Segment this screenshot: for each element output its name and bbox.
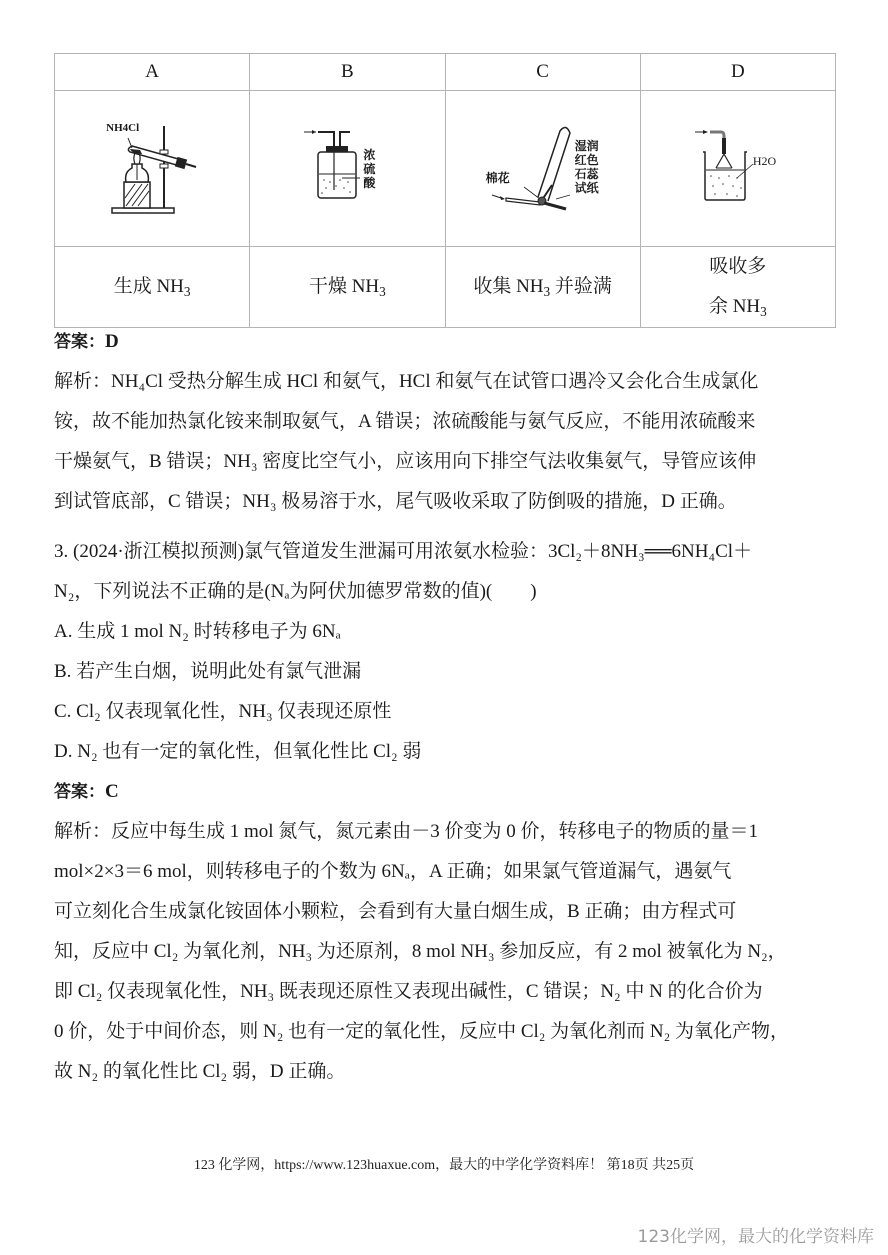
figure-cell-b: 浓 硫 酸 — [250, 91, 445, 247]
q2-analysis-line-2: 铵，故不能加热氯化铵来制取氨气，A 错误；浓硫酸能与氨气反应，不能用浓硫酸来 — [54, 402, 836, 442]
absorption-beaker-figure: H2O — [693, 126, 783, 206]
q3-stem-line-2: N₂，下列说法不正确的是(Nₐ为阿伏加德罗常数的值)( ) — [54, 572, 836, 612]
figure-cell-d: H2O — [640, 91, 835, 247]
header-d: D — [640, 54, 835, 91]
litmus-paper-label: 湿润 红色 石蕊 试纸 — [572, 139, 602, 195]
table-caption-row: 生成 NH3 干燥 NH3 收集 NH3 并验满 吸收多 余 NH3 — [55, 247, 836, 328]
q3-stem-line-1: 3. (2024·浙江模拟预测)氯气管道发生泄漏可用浓氨水检验：3Cl₂＋8NH… — [54, 532, 836, 572]
q2-answer: 答案：D — [54, 322, 836, 362]
q3-answer: 答案：C — [54, 772, 836, 812]
wash-bottle-icon — [302, 126, 392, 206]
q2-answer-section: 答案：D 解析：NH₄Cl 受热分解生成 HCl 和氨气，HCl 和氨气在试管口… — [54, 322, 836, 522]
q3-option-d: D. N₂ 也有一定的氧化性，但氧化性比 Cl₂ 弱 — [54, 732, 836, 772]
q2-analysis-line-1: 解析：NH₄Cl 受热分解生成 HCl 和氨气，HCl 和氨气在试管口遇冷又会化… — [54, 362, 836, 402]
q3-analysis-line-4: 知，反应中 Cl₂ 为氧化剂，NH₃ 为还原剂，8 mol NH₃ 参加反应，有… — [54, 932, 836, 972]
q3-analysis-line-3: 可立刻化合生成氯化铵固体小颗粒，会看到有大量白烟生成，B 正确；由方程式可 — [54, 892, 836, 932]
q3-option-a: A. 生成 1 mol N₂ 时转移电子为 6Nₐ — [54, 612, 836, 652]
document-page: A B C D — [0, 0, 888, 1255]
water-label: H2O — [753, 154, 776, 169]
wash-bottle-figure: 浓 硫 酸 — [302, 126, 392, 206]
q2-analysis-line-3: 干燥氨气，B 错误；NH₃ 密度比空气小，应该用向下排空气法收集氨气，导管应该伸 — [54, 442, 836, 482]
table-header-row: A B C D — [55, 54, 836, 91]
header-b: B — [250, 54, 445, 91]
q3-analysis-line-6: 0 价，处于中间价态，则 N₂ 也有一定的氧化性，反应中 Cl₂ 为氧化剂而 N… — [54, 1012, 836, 1052]
header-c: C — [445, 54, 640, 91]
caption-b: 干燥 NH3 — [250, 247, 445, 328]
watermark: 123化学网，最大的化学资料库 — [638, 1222, 874, 1247]
caption-c: 收集 NH3 并验满 — [445, 247, 640, 328]
test-tube-figure: 棉花 湿润 红色 石蕊 试纸 — [478, 119, 608, 214]
header-a: A — [55, 54, 250, 91]
caption-a: 生成 NH3 — [55, 247, 250, 328]
q3-analysis-line-1: 解析：反应中每生成 1 mol 氮气，氮元素由－3 价变为 0 价，转移电子的物… — [54, 812, 836, 852]
figure-cell-a: NH4Cl — [55, 91, 250, 247]
q3-analysis-line-2: mol×2×3＝6 mol，则转移电子的个数为 6Nₐ，A 正确；如果氯气管道漏… — [54, 852, 836, 892]
q3-section: 3. (2024·浙江模拟预测)氯气管道发生泄漏可用浓氨水检验：3Cl₂＋8NH… — [54, 532, 836, 1092]
conc-sulfuric-acid-label: 浓 硫 酸 — [362, 148, 376, 190]
q3-analysis-line-5: 即 Cl₂ 仅表现氧化性，NH₃ 既表现还原性又表现出碱性，C 错误；N₂ 中 … — [54, 972, 836, 1012]
heating-apparatus-figure: NH4Cl — [102, 116, 202, 216]
q3-option-b: B. 若产生白烟，说明此处有氯气泄漏 — [54, 652, 836, 692]
caption-d: 吸收多 余 NH3 — [640, 247, 835, 328]
options-table: A B C D — [54, 53, 836, 328]
cotton-label: 棉花 — [486, 171, 510, 185]
figure-cell-c: 棉花 湿润 红色 石蕊 试纸 — [445, 91, 640, 247]
q2-analysis-line-4: 到试管底部，C 错误；NH₃ 极易溶于水，尾气吸收采取了防倒吸的措施，D 正确。 — [54, 482, 836, 522]
q3-analysis-line-7: 故 N₂ 的氧化性比 Cl₂ 弱，D 正确。 — [54, 1052, 836, 1092]
table-figure-row: NH4Cl — [55, 91, 836, 247]
q3-option-c: C. Cl₂ 仅表现氧化性，NH₃ 仅表现还原性 — [54, 692, 836, 732]
page-footer: 123 化学网，https://www.123huaxue.com，最大的中学化… — [0, 1154, 888, 1174]
nh4cl-label: NH4Cl — [106, 122, 139, 134]
